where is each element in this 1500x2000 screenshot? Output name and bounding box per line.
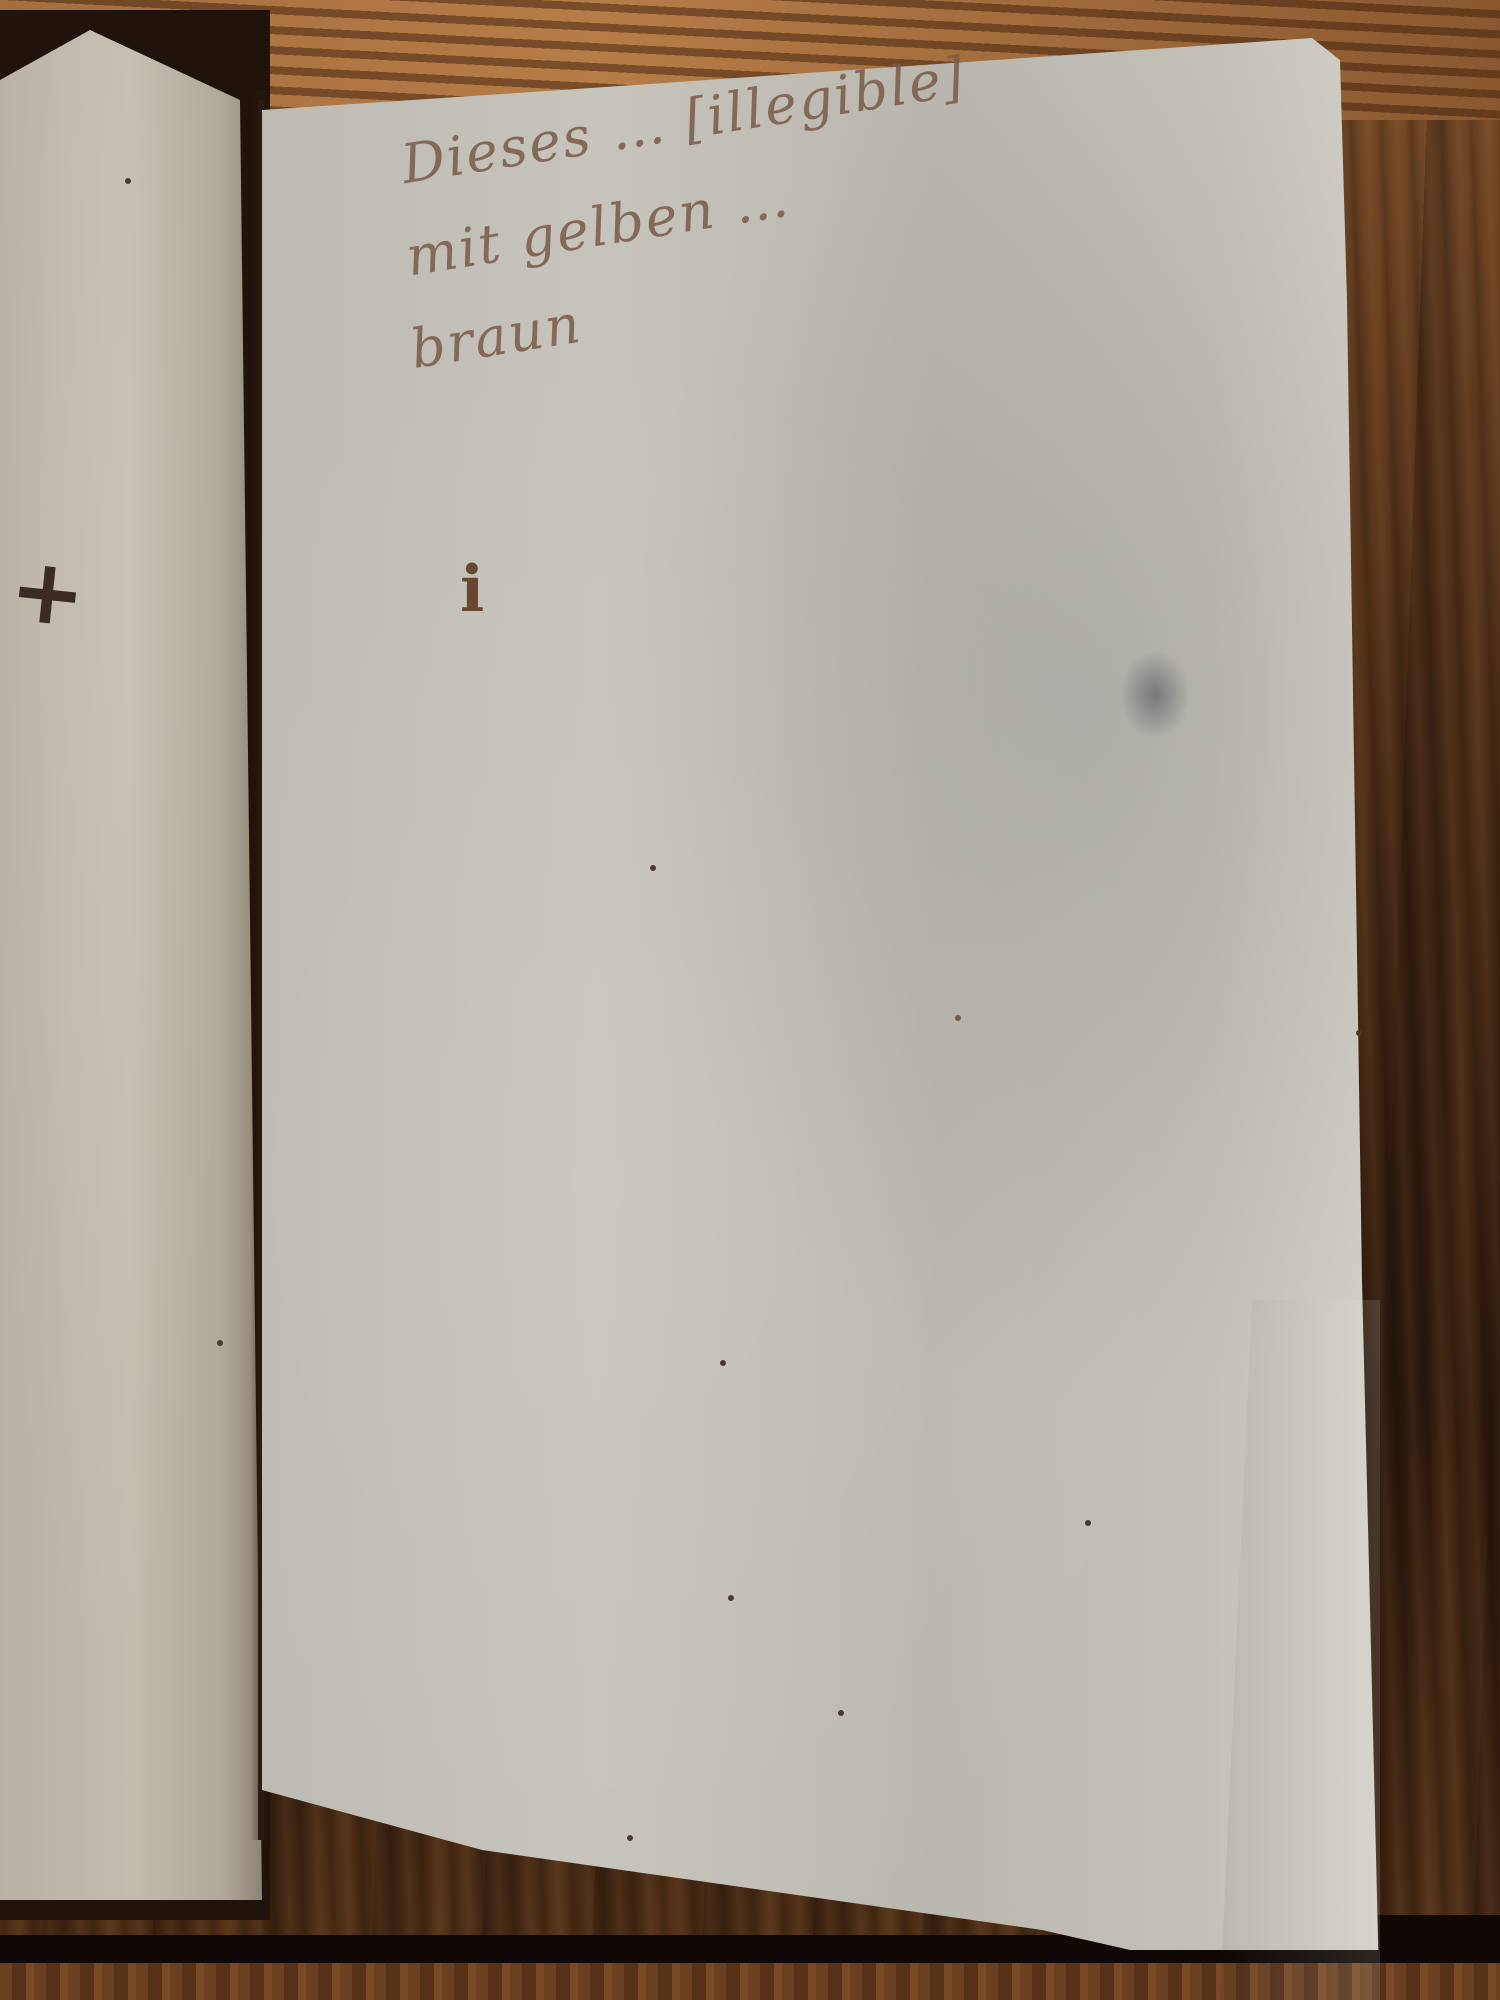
- foxing-speck: [1356, 1030, 1362, 1036]
- foxing-speck: [838, 1710, 844, 1716]
- left-page-ink-mark: +: [5, 536, 91, 648]
- foxing-speck: [125, 178, 131, 184]
- paper-stain: [1120, 650, 1190, 740]
- photo-scene: Dieses … [illegible] mit gelben … braun …: [0, 0, 1500, 2000]
- foxing-speck: [728, 1595, 734, 1601]
- left-page: [0, 20, 262, 1900]
- foxing-speck: [627, 1835, 633, 1841]
- table-plank-seam-right: [1375, 1915, 1500, 1937]
- foxing-speck: [720, 1360, 726, 1366]
- foxing-speck: [217, 1340, 223, 1346]
- foxing-speck: [955, 1015, 961, 1021]
- printed-signature-mark: i: [460, 552, 484, 627]
- foxing-speck: [1085, 1520, 1091, 1526]
- foxing-speck: [650, 865, 656, 871]
